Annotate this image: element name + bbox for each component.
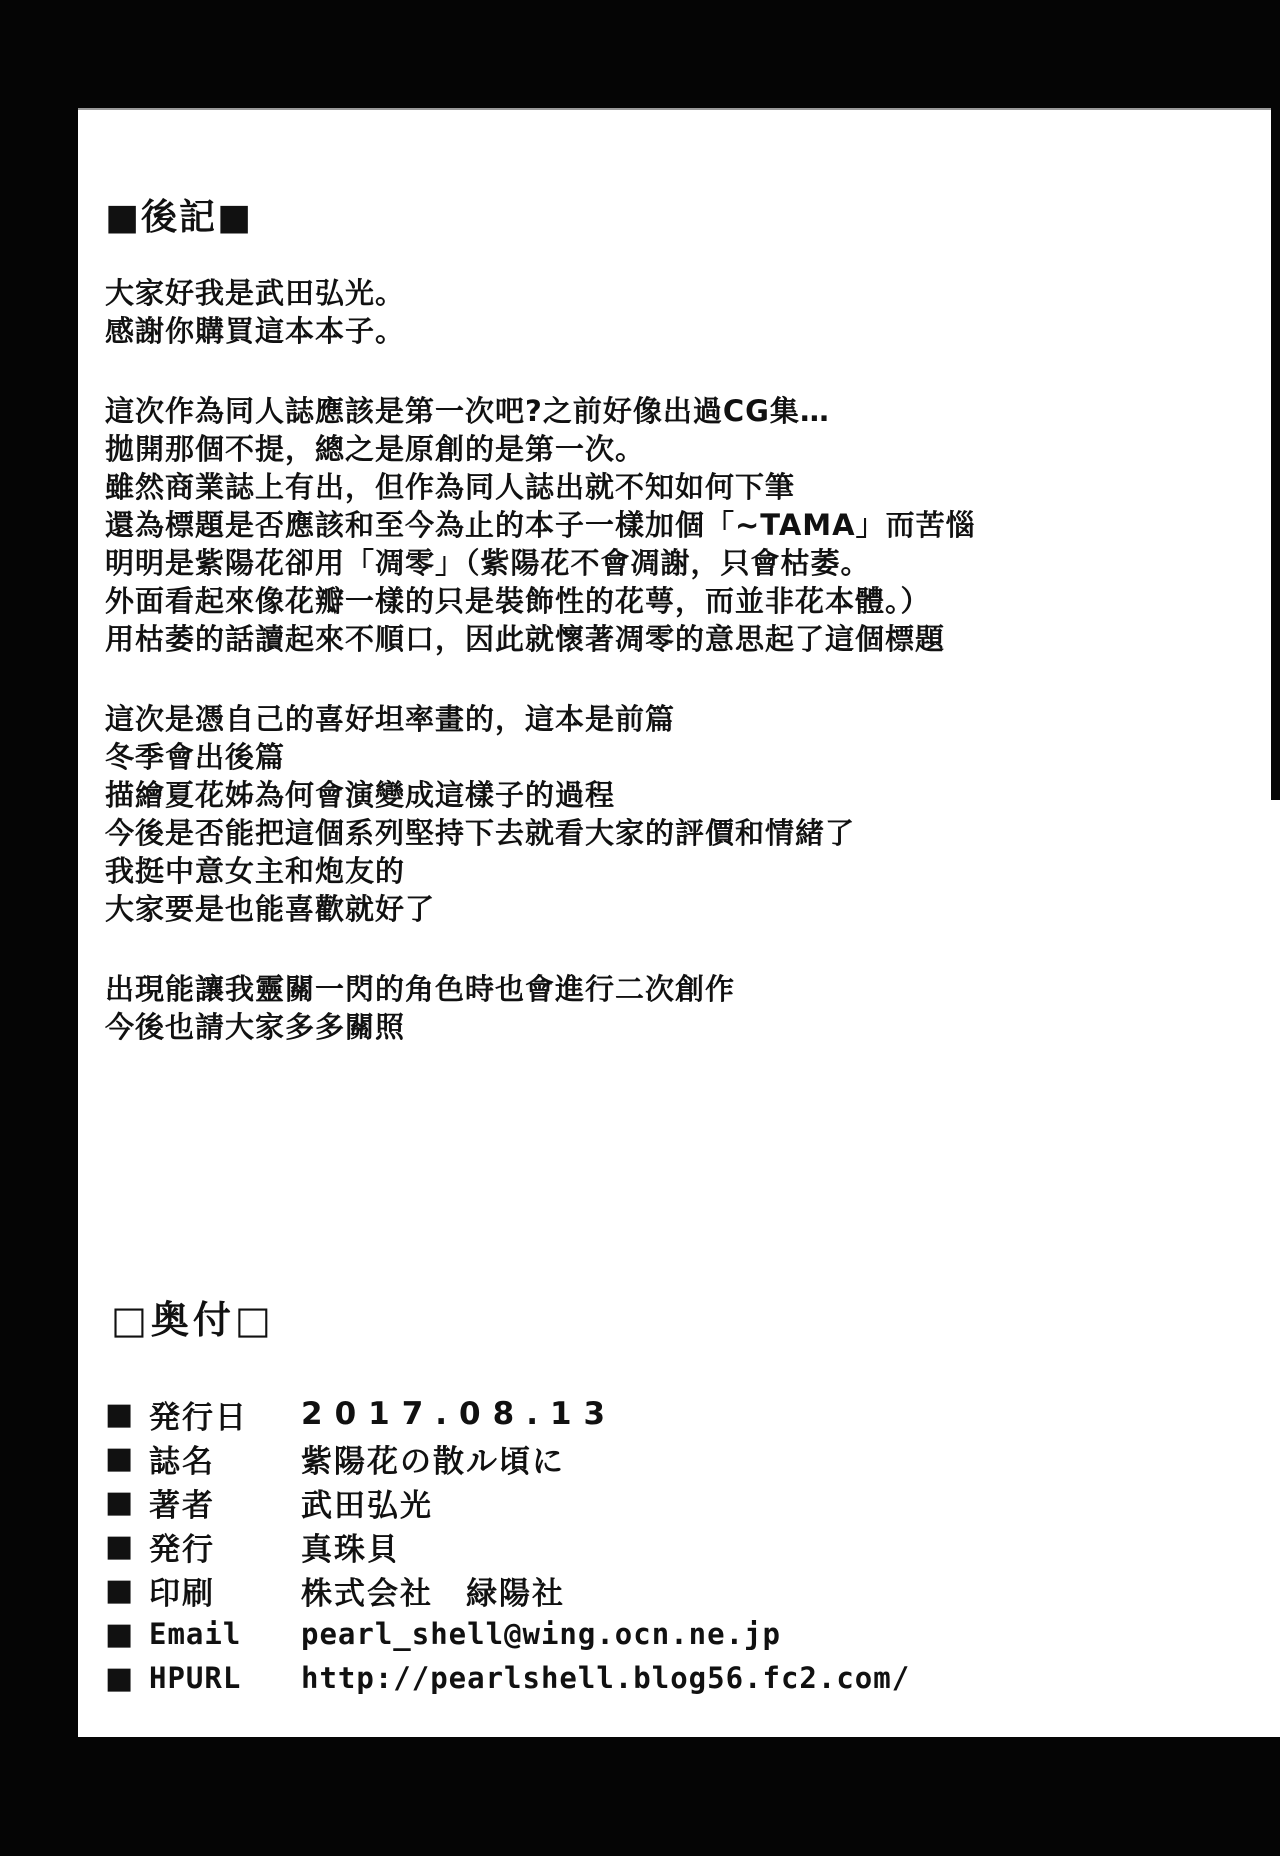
colophon-row-author: ■ 著者 武田弘光	[105, 1480, 1235, 1524]
afterword-line: 明明是紫陽花卻用「凋零」（紫陽花不會凋謝，只會枯萎。	[105, 544, 1235, 582]
afterword-line: 雖然商業誌上有出，但作為同人誌出就不知如何下筆	[105, 468, 1235, 506]
square-bullet-icon: ■	[105, 1485, 149, 1520]
colophon-value: 紫陽花の散ル頃に	[301, 1436, 565, 1481]
afterword-paragraph: 大家好我是武田弘光。 感謝你購買這本本子。	[105, 274, 1235, 350]
colophon-label: Email	[149, 1617, 301, 1651]
afterword-line: 外面看起來像花瓣一樣的只是裝飾性的花萼，而並非花本體。）	[105, 582, 1235, 620]
colophon-row-homepage-url: ■ HPURL http://pearlshell.blog56.fc2.com…	[105, 1656, 1235, 1700]
colophon-label: 発行	[149, 1524, 301, 1569]
square-bullet-icon: ■	[105, 1397, 149, 1432]
afterword-line: 還為標題是否應該和至今為止的本子一樣加個「~TAMA」而苦惱	[105, 506, 1235, 544]
colophon-row-publish-date: ■ 発行日 2017.08.13	[105, 1392, 1235, 1436]
page-content: ■後記■ 大家好我是武田弘光。 感謝你購買這本本子。 這次作為同人誌應該是第一次…	[105, 196, 1235, 1700]
afterword-line: 這次是憑自己的喜好坦率畫的，這本是前篇	[105, 700, 1235, 738]
colophon-label: 誌名	[149, 1436, 301, 1481]
colophon-value: 2017.08.13	[301, 1396, 617, 1432]
afterword-line: 今後也請大家多多關照	[105, 1008, 1235, 1046]
colophon-value: 真珠貝	[301, 1524, 400, 1569]
afterword-line: 出現能讓我靈關一閃的角色時也會進行二次創作	[105, 970, 1235, 1008]
square-bullet-icon: ■	[105, 1661, 149, 1696]
colophon-label: 発行日	[149, 1392, 301, 1437]
colophon-label: 印刷	[149, 1568, 301, 1613]
afterword-paragraph: 出現能讓我靈關一閃的角色時也會進行二次創作 今後也請大家多多關照	[105, 970, 1235, 1046]
colophon-label: 著者	[149, 1480, 301, 1525]
colophon-label: HPURL	[149, 1661, 301, 1695]
scan-border-right	[1271, 0, 1280, 800]
scan-border-top	[0, 0, 1280, 108]
colophon: ■ 発行日 2017.08.13 ■ 誌名 紫陽花の散ル頃に ■ 著者 武田弘光…	[105, 1392, 1235, 1700]
colophon-url-value: http://pearlshell.blog56.fc2.com/	[301, 1661, 910, 1695]
square-bullet-icon: ■	[105, 1529, 149, 1564]
afterword-line: 大家好我是武田弘光。	[105, 274, 1235, 312]
scan-border-left	[0, 0, 78, 1856]
square-bullet-icon: ■	[105, 1441, 149, 1476]
afterword-line: 感謝你購買這本本子。	[105, 312, 1235, 350]
afterword-line: 今後是否能把這個系列堅持下去就看大家的評價和情緒了	[105, 814, 1235, 852]
afterword-line: 描繪夏花姊為何會演變成這樣子的過程	[105, 776, 1235, 814]
afterword-paragraph: 這次作為同人誌應該是第一次吧?之前好像出過CG集… 拋開那個不提，總之是原創的是…	[105, 392, 1235, 658]
colophon-row-email: ■ Email pearl_shell@wing.ocn.ne.jp	[105, 1612, 1235, 1656]
colophon-heading: □奥付□	[111, 1296, 1235, 1344]
colophon-value: 武田弘光	[301, 1480, 433, 1525]
square-bullet-icon: ■	[105, 1617, 149, 1652]
afterword-heading: ■後記■	[105, 196, 1235, 240]
colophon-row-publisher: ■ 発行 真珠貝	[105, 1524, 1235, 1568]
afterword-line: 大家要是也能喜歡就好了	[105, 890, 1235, 928]
scan-border-bottom	[0, 1737, 1280, 1856]
square-bullet-icon: ■	[105, 1573, 149, 1608]
colophon-email-value: pearl_shell@wing.ocn.ne.jp	[301, 1617, 781, 1651]
colophon-row-title: ■ 誌名 紫陽花の散ル頃に	[105, 1436, 1235, 1480]
colophon-row-printer: ■ 印刷 株式会社 緑陽社	[105, 1568, 1235, 1612]
afterword-line: 冬季會出後篇	[105, 738, 1235, 776]
afterword-paragraph: 這次是憑自己的喜好坦率畫的，這本是前篇 冬季會出後篇 描繪夏花姊為何會演變成這樣…	[105, 700, 1235, 928]
afterword-line: 這次作為同人誌應該是第一次吧?之前好像出過CG集…	[105, 392, 1235, 430]
afterword-line: 拋開那個不提，總之是原創的是第一次。	[105, 430, 1235, 468]
colophon-value: 株式会社 緑陽社	[301, 1568, 565, 1613]
afterword-line: 我挺中意女主和炮友的	[105, 852, 1235, 890]
afterword-line: 用枯萎的話讀起來不順口，因此就懷著凋零的意思起了這個標題	[105, 620, 1235, 658]
